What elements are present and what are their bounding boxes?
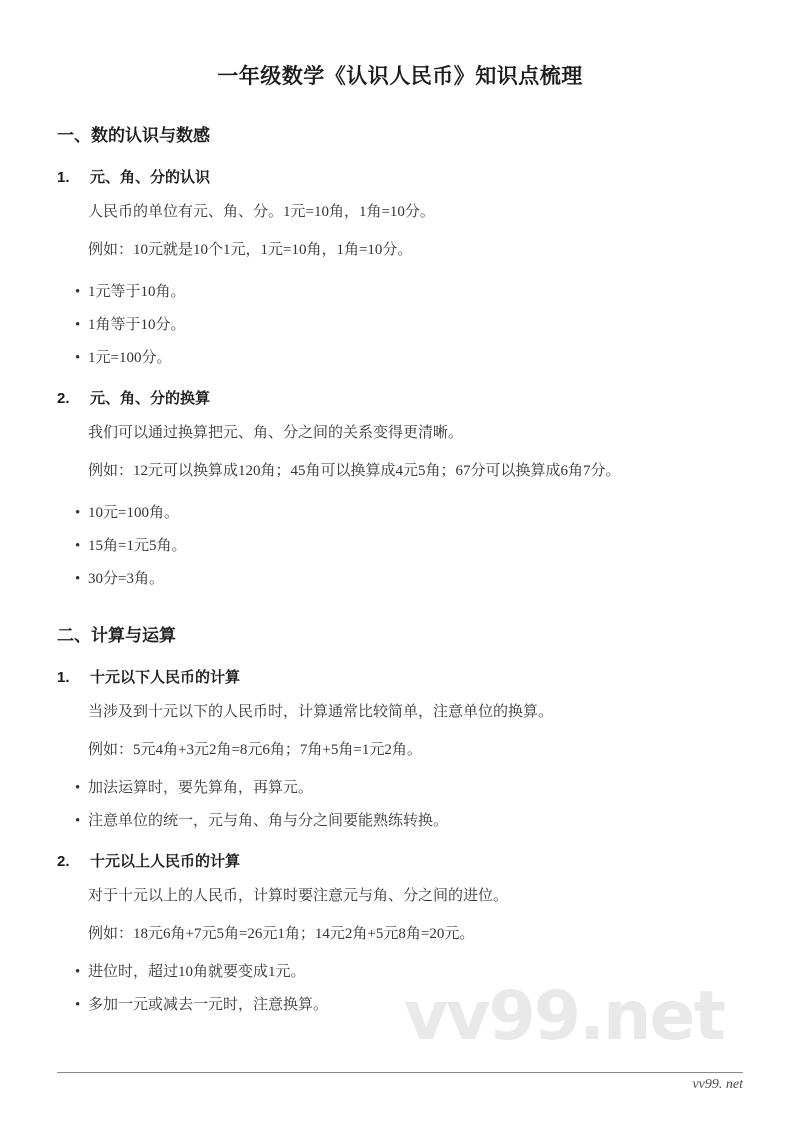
bullet-item: •1元等于10角。: [57, 282, 743, 302]
document-content: 一年级数学《认识人民币》知识点梳理 一、数的认识与数感 1.元、角、分的认识 人…: [0, 64, 800, 1015]
bullet-list: •1元等于10角。 •1角等于10分。 •1元=100分。: [57, 282, 743, 368]
bullet-dot-icon: •: [75, 778, 80, 798]
paragraph: 例如：10元就是10个1元，1元=10角，1角=10分。: [57, 240, 743, 260]
paragraph: 人民币的单位有元、角、分。1元=10角，1角=10分。: [57, 202, 743, 222]
bullet-item: •进位时，超过10角就要变成1元。: [57, 962, 743, 982]
bullet-dot-icon: •: [75, 348, 80, 368]
paragraph: 例如：5元4角+3元2角=8元6角；7角+5角=1元2角。: [57, 740, 743, 760]
bullet-dot-icon: •: [75, 811, 80, 831]
bullet-item: •多加一元或减去一元时，注意换算。: [57, 995, 743, 1015]
bullet-text: 多加一元或减去一元时，注意换算。: [88, 997, 328, 1013]
bullet-text: 30分=3角。: [88, 571, 164, 587]
subsection-heading-2-1: 1.十元以下人民币的计算: [57, 668, 743, 688]
bullet-dot-icon: •: [75, 282, 80, 302]
bullet-item: •15角=1元5角。: [57, 536, 743, 556]
footer: vv99. net: [57, 1072, 743, 1093]
bullet-list: •加法运算时，要先算角，再算元。 •注意单位的统一，元与角、角与分之间要能熟练转…: [57, 778, 743, 831]
bullet-dot-icon: •: [75, 962, 80, 982]
subsection-number: 1.: [57, 168, 90, 188]
subsection-number: 1.: [57, 668, 90, 688]
bullet-item: •注意单位的统一，元与角、角与分之间要能熟练转换。: [57, 811, 743, 831]
subsection-heading-2-2: 2.十元以上人民币的计算: [57, 852, 743, 872]
footer-site-text: vv99. net: [692, 1077, 743, 1092]
bullet-list: •进位时，超过10角就要变成1元。 •多加一元或减去一元时，注意换算。: [57, 962, 743, 1015]
bullet-item: •1元=100分。: [57, 348, 743, 368]
bullet-text: 注意单位的统一，元与角、角与分之间要能熟练转换。: [88, 813, 448, 829]
subsection-heading-1-2: 2.元、角、分的换算: [57, 389, 743, 409]
subsection-title: 十元以下人民币的计算: [90, 669, 240, 686]
bullet-dot-icon: •: [75, 315, 80, 335]
document-title: 一年级数学《认识人民币》知识点梳理: [57, 64, 743, 89]
bullet-item: •30分=3角。: [57, 569, 743, 589]
bullet-list: •10元=100角。 •15角=1元5角。 •30分=3角。: [57, 503, 743, 589]
bullet-text: 1元=100分。: [88, 350, 171, 366]
bullet-dot-icon: •: [75, 569, 80, 589]
bullet-text: 进位时，超过10角就要变成1元。: [88, 964, 306, 980]
subsection-title: 元、角、分的认识: [90, 169, 210, 186]
document-page: vv99.net 一年级数学《认识人民币》知识点梳理 一、数的认识与数感 1.元…: [0, 0, 800, 1130]
bullet-text: 10元=100角。: [88, 505, 179, 521]
bullet-text: 15角=1元5角。: [88, 538, 186, 554]
bullet-text: 1角等于10分。: [88, 317, 186, 333]
paragraph: 例如：12元可以换算成120角；45角可以换算成4元5角；67分可以换算成6角7…: [57, 461, 743, 481]
subsection-heading-1-1: 1.元、角、分的认识: [57, 168, 743, 188]
subsection-title: 十元以上人民币的计算: [90, 853, 240, 870]
bullet-item: •加法运算时，要先算角，再算元。: [57, 778, 743, 798]
bullet-dot-icon: •: [75, 995, 80, 1015]
paragraph: 我们可以通过换算把元、角、分之间的关系变得更清晰。: [57, 423, 743, 443]
bullet-item: •10元=100角。: [57, 503, 743, 523]
bullet-dot-icon: •: [75, 503, 80, 523]
paragraph: 对于十元以上的人民币，计算时要注意元与角、分之间的进位。: [57, 886, 743, 906]
subsection-title: 元、角、分的换算: [90, 390, 210, 407]
paragraph: 当涉及到十元以下的人民币时，计算通常比较简单，注意单位的换算。: [57, 702, 743, 722]
bullet-item: •1角等于10分。: [57, 315, 743, 335]
subsection-number: 2.: [57, 389, 90, 409]
bullet-text: 加法运算时，要先算角，再算元。: [88, 780, 313, 796]
section-heading-2: 二、计算与运算: [57, 625, 743, 647]
bullet-dot-icon: •: [75, 536, 80, 556]
subsection-number: 2.: [57, 852, 90, 872]
bullet-text: 1元等于10角。: [88, 284, 186, 300]
section-heading-1: 一、数的认识与数感: [57, 125, 743, 147]
paragraph: 例如：18元6角+7元5角=26元1角；14元2角+5元8角=20元。: [57, 924, 743, 944]
